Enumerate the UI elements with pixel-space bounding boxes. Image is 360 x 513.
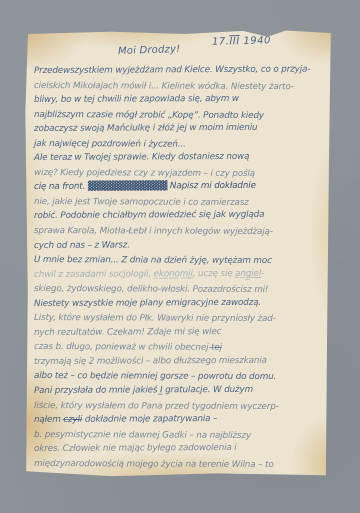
letter-line: cię na front. ▓▓▓▓▓▓▓▓▓▓▓▓ Napisz mi dok… bbox=[34, 179, 323, 195]
date-month: III bbox=[229, 36, 240, 47]
photo-background: Moi Drodzy! 17.III 1940 Przedewszystkiem… bbox=[0, 0, 360, 513]
date-year: 1940 bbox=[243, 35, 271, 47]
letter-body: Przedewszystkiem wyjeżdżam nad Kielce. W… bbox=[34, 64, 323, 471]
letter-page: Moi Drodzy! 17.III 1940 Przedewszystkiem… bbox=[34, 36, 323, 471]
letter-line: międzynarodowością mojego życia na teren… bbox=[34, 457, 323, 473]
letter-line: chwil z zasadami socjologii, e̲k̲o̲n̲o̲m… bbox=[34, 266, 323, 282]
letter-line: robić. Podobnie chciałbym dowiedzieć się… bbox=[34, 208, 323, 224]
letter-line: Niestety wszystkie moje plany emigracyjn… bbox=[34, 295, 323, 311]
letter-line: zobaczysz swoją Mańciulkę i złóż jej w m… bbox=[34, 121, 323, 137]
salutation: Moi Drodzy! bbox=[118, 44, 181, 57]
letter-paper: Moi Drodzy! 17.III 1940 Przedewszystkiem… bbox=[25, 30, 332, 477]
letter-line: trzymają się 2 możliwości – albo dłuższe… bbox=[34, 353, 323, 369]
letter-line: Przedewszystkiem wyjeżdżam nad Kielce. W… bbox=[34, 62, 323, 78]
letter-date: 17.III 1940 bbox=[212, 35, 271, 48]
letter-line: nych rezultatów. Czekam! Zdaje mi się wl… bbox=[34, 324, 323, 340]
letter-line: Ale teraz w Twojej sprawie. Kiedy dostan… bbox=[34, 150, 323, 166]
date-day: 17. bbox=[212, 36, 230, 47]
letter-line: okres. Człowiek nie mając byłego zadowol… bbox=[34, 441, 323, 457]
letter-header: Moi Drodzy! 17.III 1940 bbox=[34, 36, 323, 62]
letter-line: bliwy, bo w tej chwili nie zapowiada się… bbox=[34, 92, 323, 108]
letter-line: cych od nas – z Warsz. bbox=[34, 237, 323, 253]
letter-line: Pani przysłała do mnie jakieś I̲ gratula… bbox=[34, 383, 323, 399]
letter-line: nąłem c̶z̶y̶l̶i̶ dokładnie moje zapatryw… bbox=[34, 412, 323, 428]
